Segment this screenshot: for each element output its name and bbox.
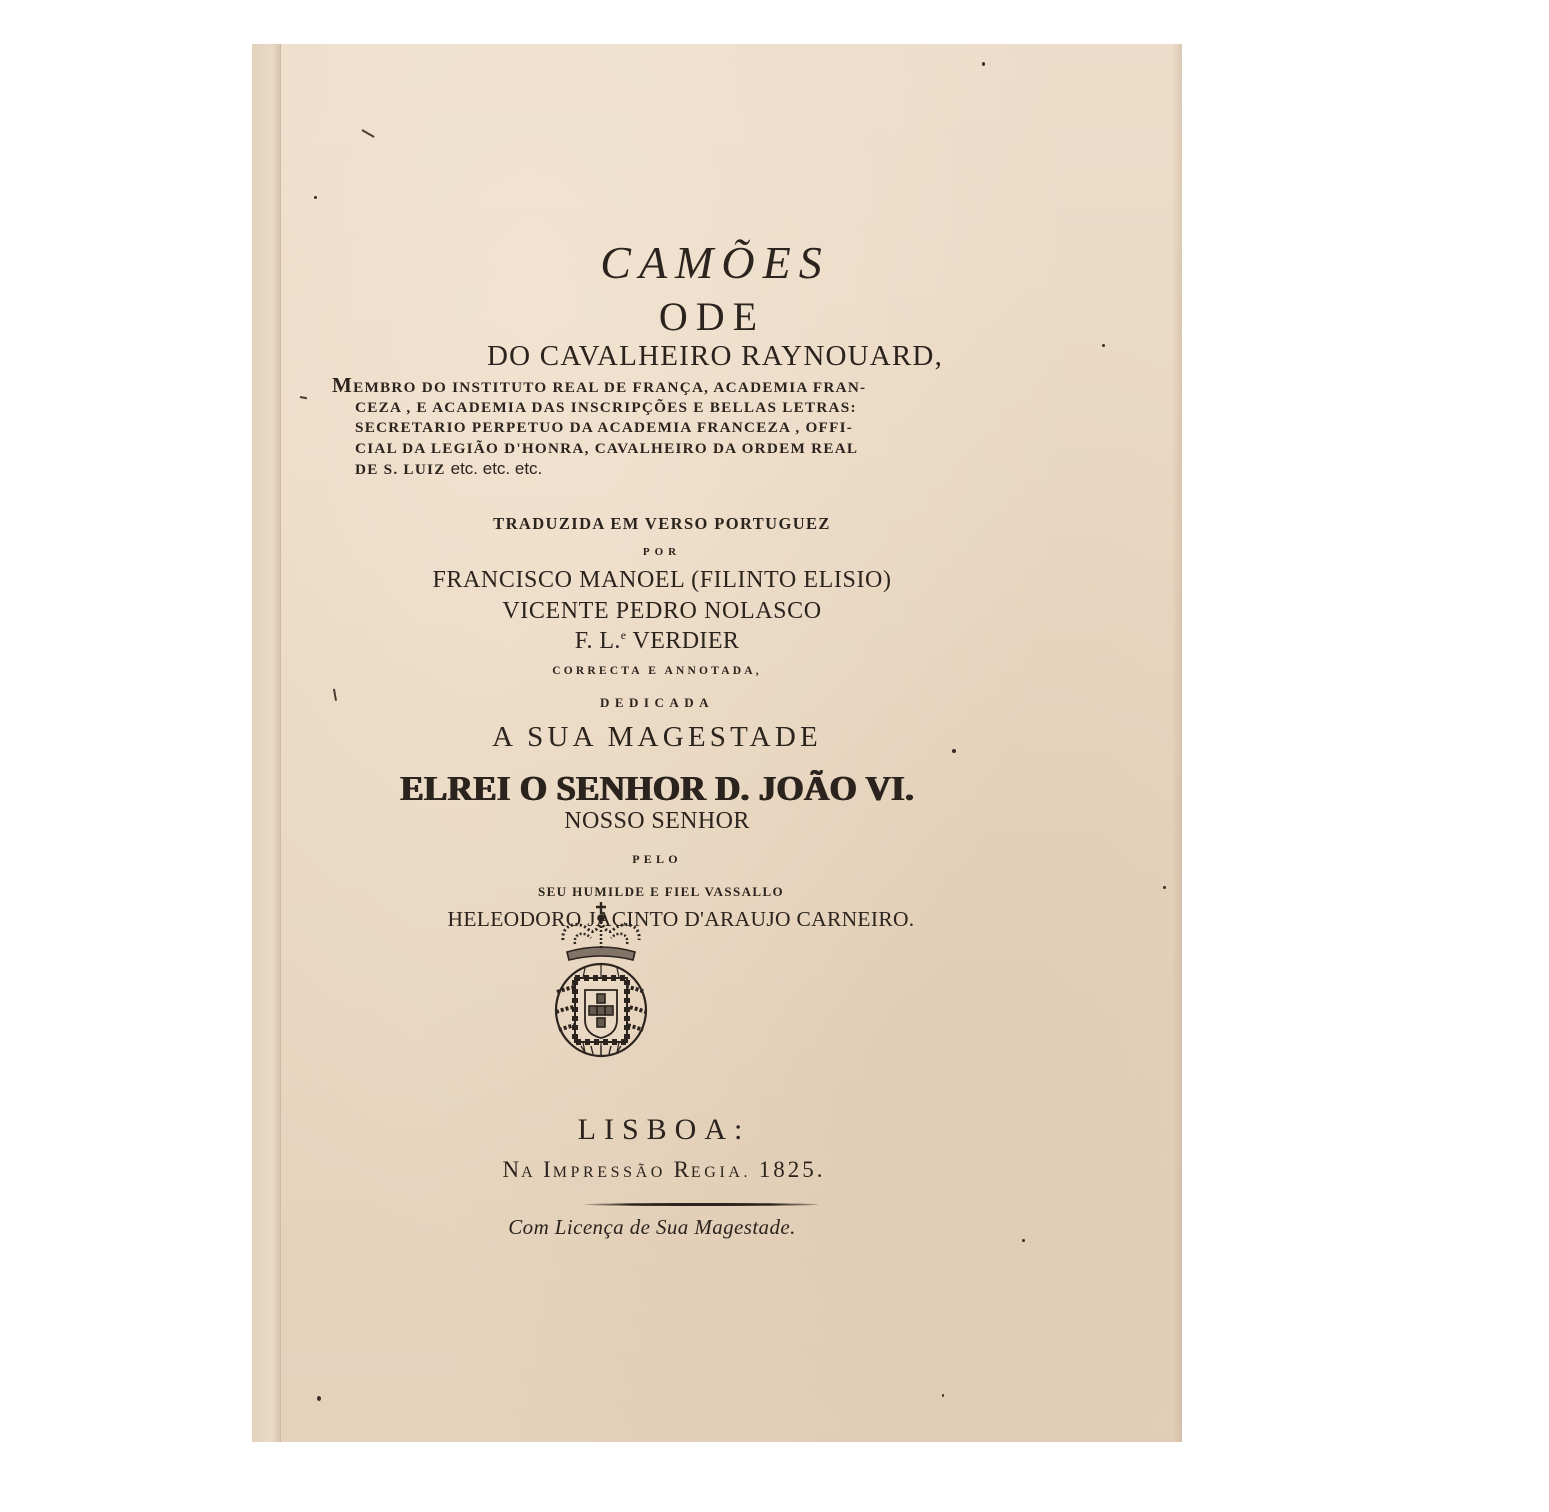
translator-name: FRANCISCO MANOEL (FILINTO ELISIO)	[197, 568, 1127, 592]
translation-note: TRADUZIDA EM VERSO PORTUGUEZ	[197, 516, 1127, 533]
paper-speck	[314, 196, 317, 199]
paper-speck	[317, 1396, 321, 1401]
book-page: CAMÕES ODE DO CAVALHEIRO RAYNOUARD, MEMB…	[252, 44, 1182, 1442]
royal-coat-of-arms-icon	[545, 900, 657, 1060]
credentials-text: EMBRO DO INSTITUTO REAL DE FRANÇA, ACADE…	[353, 379, 866, 396]
dedicator-description: SEU HUMILDE E FIEL VASSALLO	[196, 885, 1126, 898]
license-note: Com Licença de Sua Magestade.	[187, 1217, 1117, 1238]
imprint-city: LISBOA:	[199, 1115, 1129, 1145]
credentials-text: DE S. LUIZ	[355, 461, 446, 478]
translator-initials: F. L.	[575, 628, 621, 654]
translator-name: F. L.e VERDIER	[192, 629, 1122, 653]
imprint-cap: I	[543, 1157, 553, 1182]
dedication-line: A SUA MAGESTADE	[192, 723, 1122, 752]
paper-speck	[982, 62, 985, 66]
imprint-text: MPRESSÃO	[553, 1164, 674, 1181]
credentials-line: CEZA , E ACADEMIA DAS INSCRIPÇÕES E BELL…	[332, 398, 932, 418]
dedicator-by-label: PELO	[192, 853, 1122, 865]
title: CAMÕES	[250, 240, 1180, 286]
credentials-line: DE S. LUIZ etc. etc. etc.	[332, 459, 932, 480]
subtitle: DO CAVALHEIRO RAYNOUARD,	[250, 342, 1180, 371]
drop-cap: M	[332, 373, 353, 397]
dedication-line: NOSSO SENHOR	[192, 809, 1122, 833]
horizontal-rule	[583, 1203, 819, 1206]
dedicator-name: HELEODORO JACINTO D'ARAUJO CARNEIRO.	[216, 909, 1146, 931]
imprint-year: 1825.	[759, 1157, 826, 1182]
translator-name: VICENTE PEDRO NOLASCO	[197, 599, 1127, 623]
imprint-printer: NA IMPRESSÃO REGIA. 1825.	[199, 1158, 1129, 1181]
paper-speck	[1163, 886, 1166, 889]
paper-mark	[362, 129, 375, 138]
genre-heading: ODE	[247, 297, 1177, 337]
translator-surname: VERDIER	[627, 628, 740, 654]
credentials-line: SECRETARIO PERPETUO DA ACADEMIA FRANCEZA…	[332, 418, 932, 438]
imprint-text: EGIA.	[691, 1164, 759, 1181]
paper-speck	[1022, 1239, 1025, 1242]
imprint-cap: R	[674, 1157, 691, 1182]
credentials-line: MEMBRO DO INSTITUTO REAL DE FRANÇA, ACAD…	[332, 375, 932, 398]
imprint-text: A	[521, 1164, 543, 1181]
dedication-label: DEDICADA	[192, 696, 1122, 709]
paper-speck	[942, 1394, 944, 1397]
by-label: POR	[197, 547, 1127, 558]
revision-note: CORRECTA E ANNOTADA,	[192, 666, 1122, 678]
credentials-etc: etc. etc. etc.	[451, 459, 543, 478]
author-credentials: MEMBRO DO INSTITUTO REAL DE FRANÇA, ACAD…	[332, 375, 932, 480]
dedicatee-name: ELREI O SENHOR D. JOÃO VI.	[192, 771, 1122, 806]
imprint-cap: N	[503, 1157, 522, 1182]
credentials-line: CIAL DA LEGIÃO D'HONRA, CAVALHEIRO DA OR…	[332, 439, 932, 459]
paper-mark	[300, 396, 307, 399]
